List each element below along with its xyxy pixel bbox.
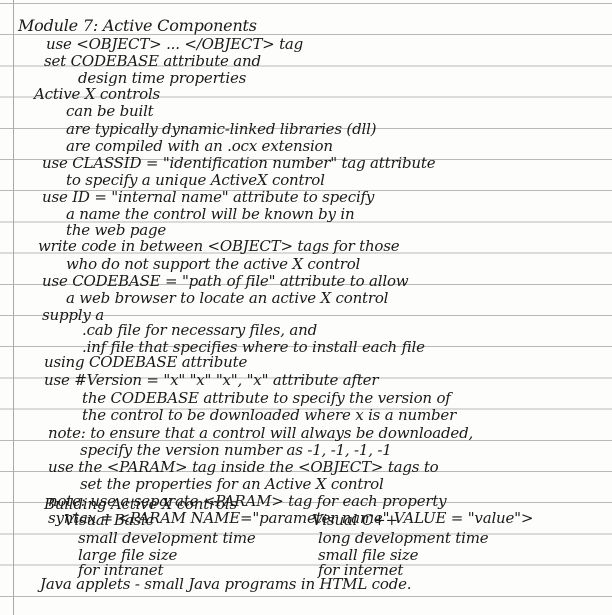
section-heading: Active X controls <box>34 86 160 102</box>
note-line: a name the control will be known by in <box>66 206 354 222</box>
page-heading: Module 7: Active Components <box>18 18 257 34</box>
column-title-visual-basic: Visual Basic <box>64 512 154 528</box>
note-line: are compiled with an .ocx extension <box>66 138 333 154</box>
note-line: use the <PARAM> tag inside the <OBJECT> … <box>48 459 439 475</box>
note-line: design time properties <box>78 70 246 86</box>
note-line: use <OBJECT> ... </OBJECT> tag <box>46 36 303 52</box>
notebook-page: Module 7: Active Components use <OBJECT>… <box>0 0 612 615</box>
column-title-visual-cpp: Visual C++ <box>312 512 398 528</box>
note-line: .cab file for necessary files, and <box>82 322 317 338</box>
note-line: use CLASSID = "identification number" ta… <box>42 155 435 171</box>
comparison-item: long development time <box>318 530 488 546</box>
section-heading: Building Active X controls <box>44 496 237 512</box>
note-line: set the properties for an Active X contr… <box>80 476 384 492</box>
margin-line <box>13 0 14 615</box>
note-line: to specify a unique ActiveX control <box>66 172 325 188</box>
note-line: a web browser to locate an active X cont… <box>66 290 388 306</box>
note-line: are typically dynamic-linked libraries (… <box>66 121 376 137</box>
note-line: use CODEBASE = "path of file" attribute … <box>42 273 408 289</box>
note-line: specify the version number as -1, -1, -1… <box>80 442 392 458</box>
note-line: write code in between <OBJECT> tags for … <box>38 238 399 254</box>
note-line: use ID = "internal name" attribute to sp… <box>42 189 374 205</box>
note-line: the CODEBASE attribute to specify the ve… <box>82 390 451 406</box>
note-line: the web page <box>66 222 166 238</box>
note-line: can be built <box>66 103 154 119</box>
note-line: note: to ensure that a control will alwa… <box>48 425 473 441</box>
note-line: using CODEBASE attribute <box>44 354 247 370</box>
note-line: who do not support the active X control <box>66 256 360 272</box>
note-line: set CODEBASE attribute and <box>44 53 261 69</box>
note-line: use #Version = "x" "x" "x", "x" attribut… <box>44 372 378 388</box>
comparison-item: small development time <box>78 530 256 546</box>
note-line: the control to be downloaded where x is … <box>82 407 456 423</box>
closing-note: Java applets - small Java programs in HT… <box>40 576 411 592</box>
